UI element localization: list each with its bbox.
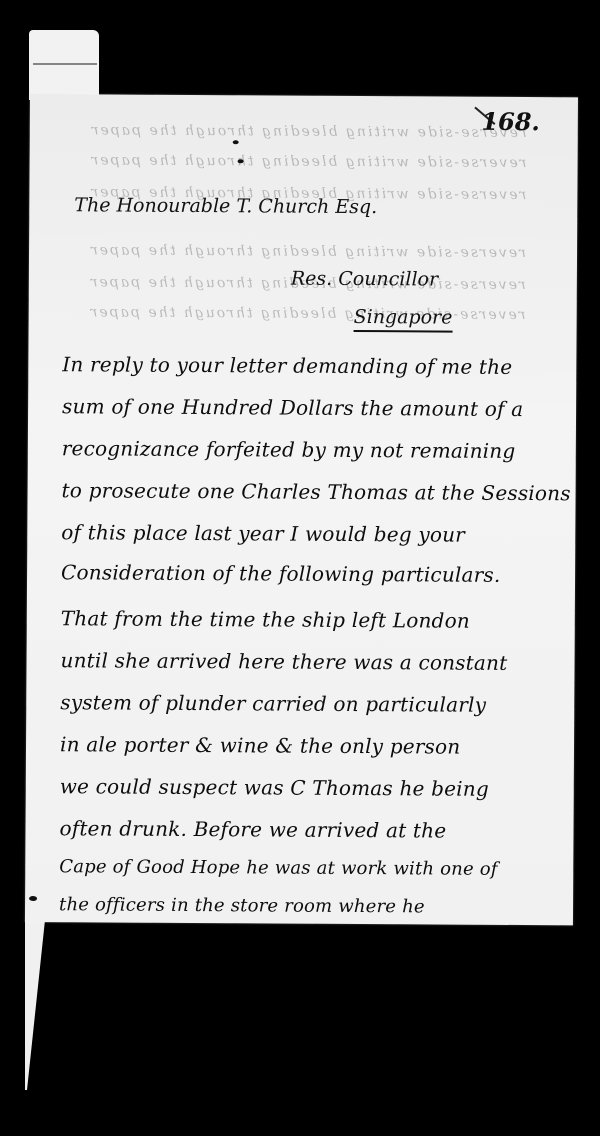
recipient-name: The Honourable T. Church Esq.: [74, 194, 377, 218]
page-number: 168.: [481, 107, 540, 136]
letter-line: to prosecute one Charles Thomas at the S…: [62, 478, 571, 505]
letter-line: Cape of Good Hope he was at work with on…: [59, 856, 498, 880]
paper-strip: [25, 920, 45, 1090]
letter-line: until she arrived here there was a const…: [60, 648, 507, 675]
letter-line: In reply to your letter demanding of me …: [62, 352, 512, 379]
letter-line: system of plunder carried on particularl…: [60, 690, 486, 717]
tab-crease: [33, 63, 97, 65]
bleed-through-text: reverse-side writing bleeding through th…: [90, 122, 527, 141]
letter-line: in ale porter & wine & the only person: [60, 732, 460, 758]
ink-dot: [238, 159, 244, 163]
letter-line: the officers in the store room where he: [59, 894, 425, 917]
letter-line: That from the time the ship left London: [61, 606, 470, 632]
letter-page: reverse-side writing bleeding through th…: [25, 94, 578, 925]
letter-line: of this place last year I would beg your: [61, 520, 465, 546]
ink-dot: [233, 140, 239, 144]
letter-line: Consideration of the following particula…: [61, 560, 501, 587]
recipient-location: Singapore: [354, 306, 453, 333]
letter-line: often drunk. Before we arrived at the: [59, 816, 446, 842]
recipient-title: Res. Councillor: [291, 268, 438, 291]
letter-line: we could suspect was C Thomas he being: [60, 774, 489, 801]
ink-blot: [29, 896, 37, 901]
bleed-through-text: reverse-side writing bleeding through th…: [89, 242, 526, 261]
bleed-through-text: reverse-side writing bleeding through th…: [89, 304, 526, 323]
paper-tab: [29, 30, 99, 100]
bleed-through-text: reverse-side writing bleeding through th…: [90, 152, 527, 171]
letter-line: recognizance forfeited by my not remaini…: [62, 436, 516, 463]
letter-line: sum of one Hundred Dollars the amount of…: [62, 394, 523, 421]
